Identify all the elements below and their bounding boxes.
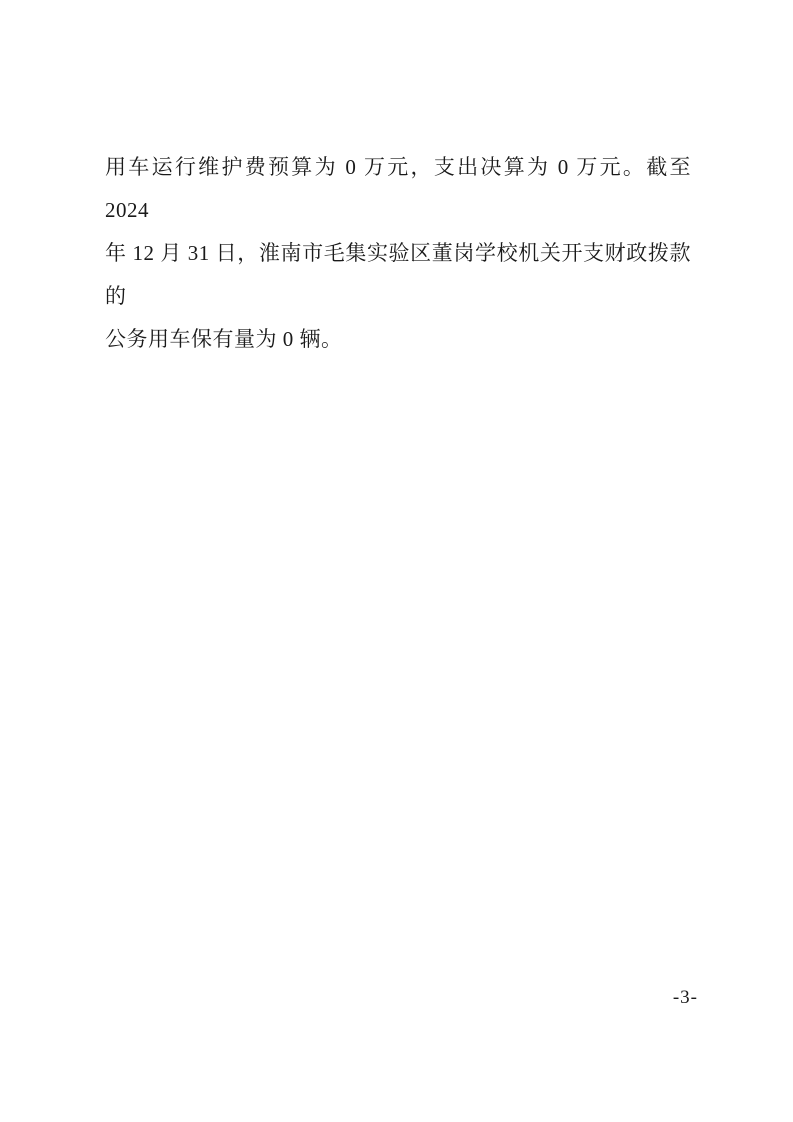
paragraph-line-2: 年 12 月 31 日，淮南市毛集实验区董岗学校机关开支财政拨款的 xyxy=(105,232,691,318)
paragraph: 用车运行维护费预算为 0 万元，支出决算为 0 万元。截至 2024 年 12 … xyxy=(105,146,691,361)
page-number: -3- xyxy=(673,987,698,1009)
paragraph-line-1: 用车运行维护费预算为 0 万元，支出决算为 0 万元。截至 2024 xyxy=(105,146,691,232)
document-page: 用车运行维护费预算为 0 万元，支出决算为 0 万元。截至 2024 年 12 … xyxy=(0,0,793,1122)
paragraph-line-3: 公务用车保有量为 0 辆。 xyxy=(105,318,691,361)
